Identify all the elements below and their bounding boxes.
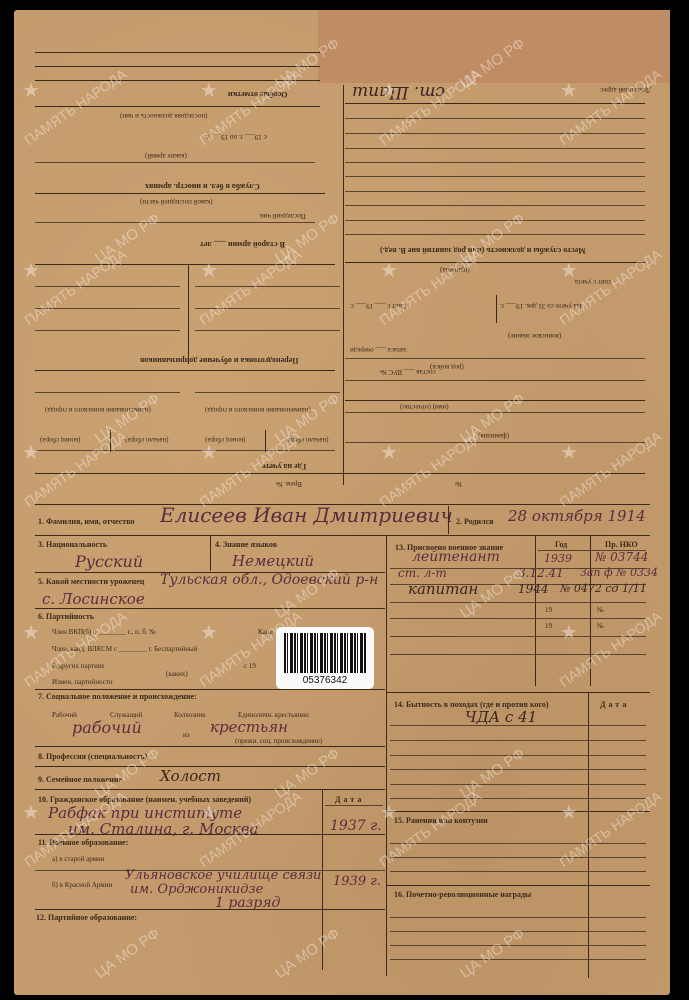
field-1-value: Елисеев Иван Дмитриевич: [160, 503, 453, 527]
field-29-reason: (причина): [440, 266, 470, 274]
rank-order: Зап ф № 0334: [580, 566, 658, 579]
field-16-label: 16. Почетно-революционные награды: [394, 890, 531, 899]
field-6-label: 6. Партийность: [38, 612, 94, 621]
field-35-period: с 19___ г. по 19___ г.: [205, 133, 267, 141]
field-11b-label: б) в Красной Армии: [52, 881, 112, 889]
field-6-line3-end: с 19: [244, 662, 256, 670]
field-33-start-1: (начало сбора): [125, 436, 169, 444]
field-22-label: №: [455, 480, 462, 488]
field-35-which-armies: (каких армий): [145, 152, 187, 160]
rank-year: 1939: [544, 552, 572, 565]
field-10-date-header: Дата: [335, 795, 364, 804]
field-20-label: (имя) (отчество): [400, 403, 449, 411]
field-5-value-line1: Тульская обл., Одоевский р-н: [160, 572, 378, 588]
field-7-option-collective: Колхозник: [174, 711, 206, 719]
field-6-line1: Член ВКП(б) с ________ г., п. б. №: [52, 628, 156, 636]
field-6-line1-end: Канд.: [258, 628, 275, 636]
rank-year: 19: [545, 606, 552, 614]
field-13-order-header: Пр. НКО: [605, 540, 638, 549]
field-9-label: 9. Семейное положение: [38, 775, 122, 784]
field-6-line4: Измен. партийности: [52, 678, 113, 686]
field-6-line3: В других партиях: [52, 662, 105, 670]
field-35-label: Служба в бел. и иностр. армиях: [145, 182, 260, 191]
field-10-label: 10. Гражданское образование (наимен. уче…: [38, 795, 251, 804]
field-20-surname-sub: (фамилия): [478, 432, 509, 440]
field-13-year-header: Год: [555, 540, 567, 549]
field-11-label: 11. Военное образование:: [38, 838, 128, 847]
rank-year: 19: [545, 622, 552, 630]
rank-order: № 0472 сд 1/11: [560, 582, 647, 595]
field-14-value: ЧДА с 41: [465, 708, 537, 726]
field-5-value-line2: с. Лосинское: [42, 590, 145, 608]
field-25-label: состав ___ ВУС №: [380, 368, 436, 376]
field-12-label: 12. Партийное образование:: [36, 913, 137, 922]
field-32-label: Где на учете: [262, 462, 306, 471]
field-35-sub-last-position: (последняя должность и чин): [120, 112, 208, 120]
field-34-last-rank: Последний чин: [260, 212, 306, 220]
field-34-last-unit: (какой последней части): [140, 198, 213, 206]
field-27-label: запаса ___ очереди: [350, 346, 407, 354]
field-10-value-line2: им. Сталина, г. Москва: [68, 820, 258, 838]
field-8-label: 8. Профессия (специальность): [38, 752, 147, 761]
rank-order: № 03744: [595, 550, 648, 564]
field-5-label: 5. Какой местности уроженец: [38, 577, 144, 586]
field-33-place-right: (наименование воинского и города): [205, 406, 311, 414]
rank-value: лейтенант: [412, 549, 500, 565]
field-6-line3-sub: (каких): [166, 670, 188, 678]
barcode-sticker: 05376342: [276, 627, 374, 689]
rank-order: №: [597, 606, 604, 614]
rank-value: ст. л-т: [398, 566, 447, 580]
field-33-start-2: (начало сбора): [285, 436, 329, 444]
field-29-removed: снят с учета: [575, 278, 611, 286]
field-4-label: 4. Знание языков: [215, 540, 277, 549]
rank-year: 3.12.41: [518, 566, 564, 580]
field-28-label: На учете со 31 дек. 19___ г.: [500, 302, 582, 310]
field-7-origin-sub: (прежн. соц. происхождение): [235, 737, 322, 745]
field-23-label: Врем. №: [276, 480, 302, 488]
field-33-place-left: (наименование воинского и города): [45, 406, 151, 414]
field-7-from: из: [183, 731, 190, 739]
field-11b-value-line1: Ульяновское училище связи: [125, 868, 321, 883]
field-7-origin-value: крестьян: [210, 718, 288, 736]
address-handwriting: ст. Шапш: [352, 82, 445, 102]
field-36-label: Особые отметки: [228, 90, 288, 99]
field-33-end-1: (конец сбора): [40, 436, 80, 444]
field-2-value: 28 октября 1914: [508, 507, 646, 525]
field-34-label: В старой армии ___ лет: [200, 240, 285, 249]
field-3-label: 3. Национальность: [38, 540, 107, 549]
field-11b-date: 1939 г.: [333, 874, 381, 889]
field-9-value: Холост: [160, 767, 221, 785]
field-29-label: Снят с ___ 19___ г.: [350, 302, 407, 310]
rank-order: №: [597, 622, 604, 630]
field-3-value: Русский: [75, 552, 143, 571]
barcode-icon: [284, 633, 366, 673]
field-27-rank-sub: (воинское звание): [508, 332, 561, 340]
field-7-value: рабочий: [72, 718, 142, 737]
field-7-label: 7. Социальное положение и происхождение:: [38, 692, 197, 701]
field-30-label: Место службы и должность (или род заняти…: [380, 246, 586, 255]
barcode-number: 05376342: [276, 675, 374, 686]
field-15-label: 15. Ранения или контузии: [394, 816, 488, 825]
field-11a-label: а) в старой армии: [52, 855, 105, 863]
field-10-date: 1937 г.: [330, 818, 382, 834]
field-2-label: 2. Родился: [456, 517, 493, 526]
field-4-value: Немецкий: [232, 552, 314, 570]
field-17-label: Домашний адрес: [600, 86, 651, 94]
field-14-date-header: Дата: [600, 700, 629, 709]
rank-year: 1944: [518, 582, 549, 596]
field-6-line2: Член, канд. ВЛКСМ с ________ г. Беспарти…: [52, 645, 198, 653]
field-33-label: Переподготовка и обучение допризывников: [140, 356, 298, 365]
field-1-label: 1. Фамилия, имя, отчество: [38, 517, 134, 526]
redacted-patch: [318, 10, 670, 83]
rank-value: капитан: [408, 580, 478, 598]
field-33-end-2: (конец сбора): [205, 436, 245, 444]
